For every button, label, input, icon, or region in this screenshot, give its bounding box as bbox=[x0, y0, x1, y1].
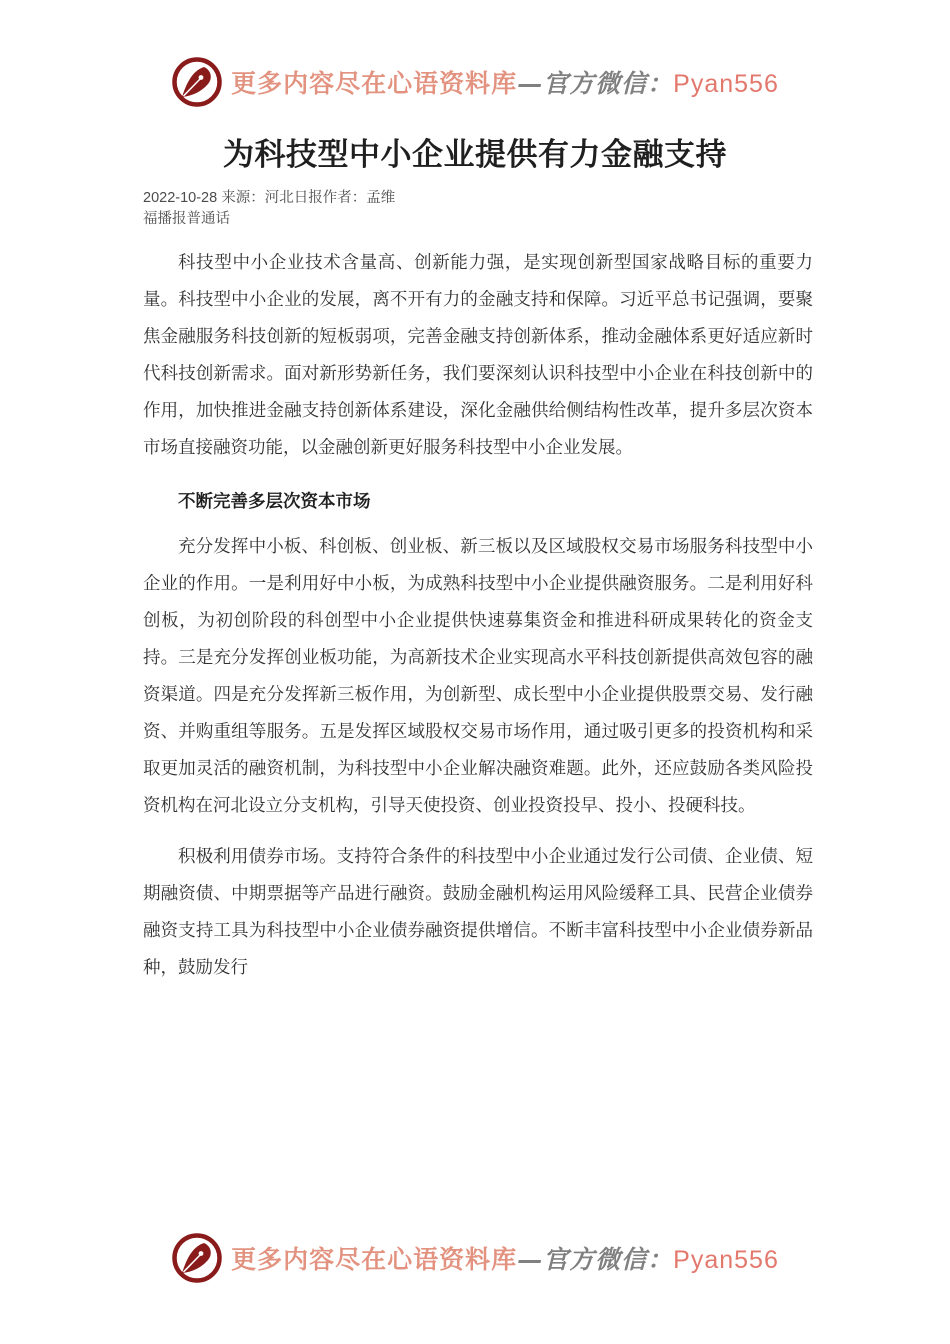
site-header: 更多内容尽在心语资料库—官方微信：Pyan556 bbox=[0, 0, 950, 108]
meta-date-source-author: 2022-10-28 来源：河北日报作者：孟维 bbox=[143, 188, 813, 209]
brand-main-text: 更多内容尽在心语资料库 bbox=[231, 1245, 517, 1274]
brand-main-text: 更多内容尽在心语资料库 bbox=[231, 69, 517, 98]
pen-nib-logo-icon bbox=[171, 1232, 223, 1284]
pen-nib-logo-icon bbox=[171, 56, 223, 108]
section-subheading: 不断完善多层次资本市场 bbox=[143, 488, 813, 514]
paragraph: 科技型中小企业技术含量高、创新能力强，是实现创新型国家战略目标的重要力量。科技型… bbox=[143, 244, 813, 466]
brand-banner-text: 更多内容尽在心语资料库—官方微信：Pyan556 bbox=[231, 1240, 779, 1276]
brand-wechat-id: Pyan556 bbox=[673, 70, 779, 98]
brand-wechat-id: Pyan556 bbox=[673, 1246, 779, 1274]
paragraph: 积极利用债券市场。支持符合条件的科技型中小企业通过发行公司债、企业债、短期融资债… bbox=[143, 838, 813, 986]
paragraph: 充分发挥中小板、科创板、创业板、新三板以及区域股权交易市场服务科技型中小企业的作… bbox=[143, 528, 813, 824]
page-title: 为科技型中小企业提供有力金融支持 bbox=[0, 134, 950, 176]
meta-broadcast-note: 福播报普通话 bbox=[143, 209, 813, 230]
site-footer: 更多内容尽在心语资料库—官方微信：Pyan556 bbox=[0, 1232, 950, 1284]
brand-wechat-label: —官方微信： bbox=[517, 1245, 673, 1274]
article-body: 科技型中小企业技术含量高、创新能力强，是实现创新型国家战略目标的重要力量。科技型… bbox=[143, 244, 813, 986]
brand-wechat-label: —官方微信： bbox=[517, 69, 673, 98]
article-meta: 2022-10-28 来源：河北日报作者：孟维 福播报普通话 bbox=[143, 188, 813, 230]
brand-banner-text: 更多内容尽在心语资料库—官方微信：Pyan556 bbox=[231, 64, 779, 100]
